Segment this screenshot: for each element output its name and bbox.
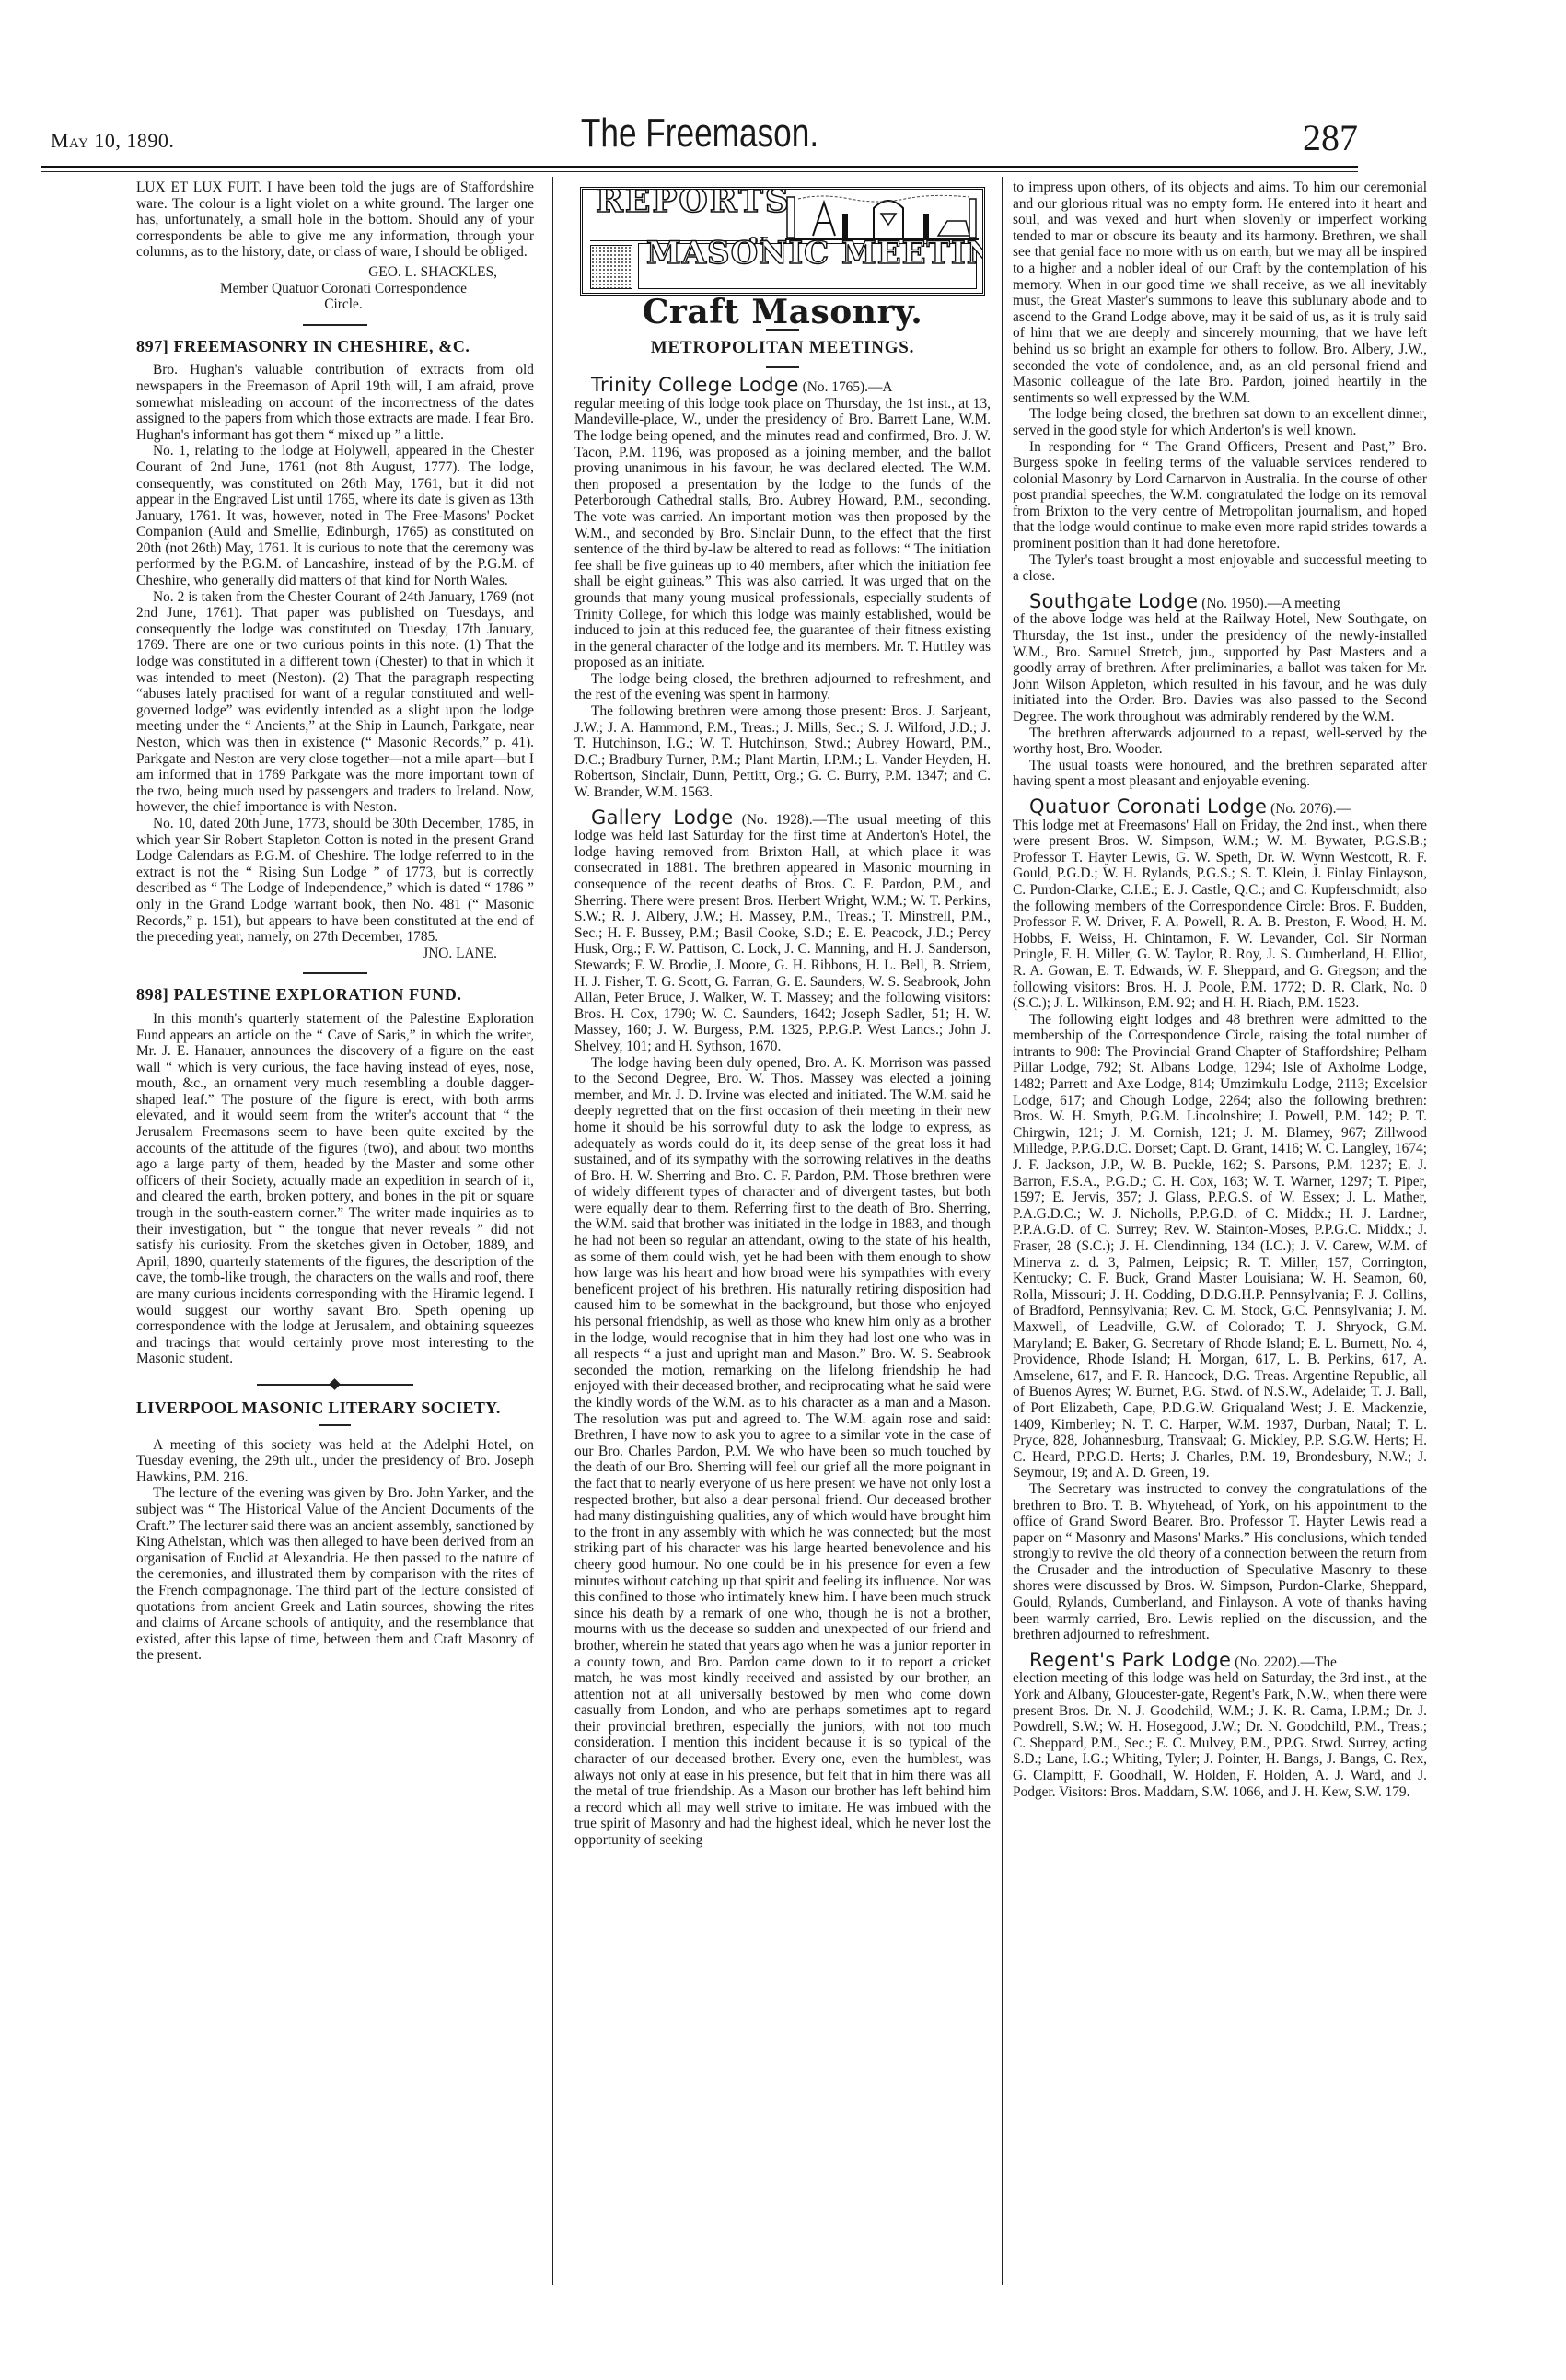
lodge-name: Gallery Lodge (591, 807, 734, 829)
article-liverpool: LIVERPOOL MASONIC LITERARY SOCIETY. A me… (136, 1400, 534, 1664)
newspaper-title: The Freemason. (173, 110, 1226, 157)
paragraph: The usual toasts were honoured, and the … (1013, 758, 1427, 790)
paragraph: This lodge met at Freemasons' Hall on Fr… (1013, 818, 1427, 1012)
signature-name: GEO. L. SHACKLES, (136, 264, 534, 281)
paragraph: of the above lodge was held at the Railw… (1013, 611, 1427, 725)
lodge-name: Quatuor Coronati Lodge (1029, 795, 1267, 818)
signature: JNO. LANE. (136, 946, 534, 962)
short-divider (766, 366, 799, 368)
paragraph: A meeting of this society was held at th… (136, 1437, 534, 1486)
lodge-name: Trinity College Lodge (591, 374, 799, 396)
paragraph: The lodge being closed, the brethren adj… (574, 671, 991, 703)
column-divider-2 (1002, 177, 1003, 2285)
lodge-heading-line: Southgate Lodge (No. 1950).—A meeting (1013, 594, 1427, 612)
report-trinity-college-lodge: Trinity College Lodge (No. 1765).—A regu… (574, 377, 991, 800)
column-3: to impress upon others, of its objects a… (1013, 180, 1427, 1800)
column-1: LUX ET LUX FUIT. I have been told the ju… (136, 180, 534, 1664)
signature-title-2: Circle. (136, 296, 534, 313)
lodge-number: (No. 1765).—A (803, 379, 893, 395)
lodge-name: Regent's Park Lodge (1029, 1649, 1231, 1671)
letter-shackles: LUX ET LUX FUIT. I have been told the ju… (136, 180, 534, 313)
paragraph: The Tyler's toast brought a most enjoyab… (1013, 552, 1427, 585)
paragraph: No. 1, relating to the lodge at Holywell… (136, 443, 534, 588)
report-southgate-lodge: Southgate Lodge (No. 1950).—A meeting of… (1013, 594, 1427, 790)
column-2: REPORTS OF MASONIC MEETINGS. Craft Mason… (574, 180, 991, 1849)
paragraph: The following eight lodges and 48 brethr… (1013, 1012, 1427, 1481)
report-gallery-lodge: Gallery Lodge (No. 1928).—The usual meet… (574, 810, 991, 1849)
section-divider (303, 324, 367, 326)
subsection-title: METROPOLITAN MEETINGS. (574, 340, 991, 356)
paragraph: Gallery Lodge (No. 1928).—The usual meet… (574, 810, 991, 1055)
lodge-number: (No. 1928). (742, 812, 813, 828)
paragraph: election meeting of this lodge was held … (1013, 1670, 1427, 1800)
article-heading: LIVERPOOL MASONIC LITERARY SOCIETY. (136, 1400, 534, 1417)
paragraph: Bro. Hughan's valuable contribution of e… (136, 362, 534, 443)
letter-body: LUX ET LUX FUIT. I have been told the ju… (136, 180, 534, 261)
banner-reports-text: REPORTS (596, 193, 791, 210)
lodge-number: (No. 2202).—The (1235, 1654, 1337, 1670)
article-898: 898] PALESTINE EXPLORATION FUND. In this… (136, 987, 534, 1367)
banner-masonic-meetings: MASONIC MEETINGS. (638, 243, 977, 289)
signature-title: Member Quatuor Coronati Correspondence (136, 281, 534, 297)
paragraph: In responding for “ The Grand Officers, … (1013, 439, 1427, 552)
masthead-rule-thin (41, 171, 1358, 172)
masthead: May 10, 1890. The Freemason. 287 (41, 110, 1358, 166)
article-heading: 897] FREEMASONRY IN CHESHIRE, &c. (136, 339, 534, 355)
paragraph: The brethren afterwards adjourned to a r… (1013, 726, 1427, 758)
report-gallery-lodge-continued: to impress upon others, of its objects a… (1013, 180, 1427, 585)
masthead-rule (41, 166, 1358, 168)
page-number: 287 (1303, 116, 1358, 159)
paragraph: The following brethren were among those … (574, 703, 991, 801)
section-title: Craft Masonry. (574, 305, 991, 321)
paragraph: The lodge being closed, the brethren sat… (1013, 406, 1427, 438)
paragraph: The lecture of the evening was given by … (136, 1485, 534, 1664)
lodge-heading-line: Regent's Park Lodge (No. 2202).—The (1013, 1653, 1427, 1671)
column-divider-1 (552, 177, 553, 2285)
lodge-number: (No. 1950).—A meeting (1201, 596, 1340, 611)
paragraph: The lodge having been duly opened, Bro. … (574, 1055, 991, 1849)
paragraph: to impress upon others, of its objects a… (1013, 180, 1427, 406)
article-897: 897] FREEMASONRY IN CHESHIRE, &c. Bro. H… (136, 339, 534, 962)
paragraph: No. 2 is taken from the Chester Courant … (136, 589, 534, 816)
paragraph-text: —The usual meeting of this lodge was hel… (574, 812, 991, 1054)
reports-banner: REPORTS OF MASONIC MEETINGS. (580, 187, 985, 296)
paragraph: regular meeting of this lodge took place… (574, 396, 991, 671)
section-divider (303, 972, 367, 974)
report-quatuor-coronati-lodge: Quatuor Coronati Lodge (No. 2076).— This… (1013, 799, 1427, 1643)
banner-meetings-text: MASONIC MEETINGS. (646, 246, 985, 262)
lodge-number: (No. 2076).— (1270, 801, 1351, 817)
banner-ornament-icon (590, 245, 632, 289)
paragraph: The Secretary was instructed to convey t… (1013, 1481, 1427, 1643)
lodge-heading-line: Quatuor Coronati Lodge (No. 2076).— (1013, 799, 1427, 818)
lodge-name: Southgate Lodge (1029, 590, 1198, 612)
issue-date: May 10, 1890. (51, 129, 174, 153)
article-heading: 898] PALESTINE EXPLORATION FUND. (136, 987, 534, 1004)
short-divider (319, 1424, 351, 1426)
lodge-heading-line: Trinity College Lodge (No. 1765).—A (574, 377, 991, 396)
report-regents-park-lodge: Regent's Park Lodge (No. 2202).—The elec… (1013, 1653, 1427, 1800)
ornamental-divider (257, 1384, 413, 1386)
paragraph: In this month's quarterly statement of t… (136, 1011, 534, 1367)
paragraph: No. 10, dated 20th June, 1773, should be… (136, 816, 534, 946)
